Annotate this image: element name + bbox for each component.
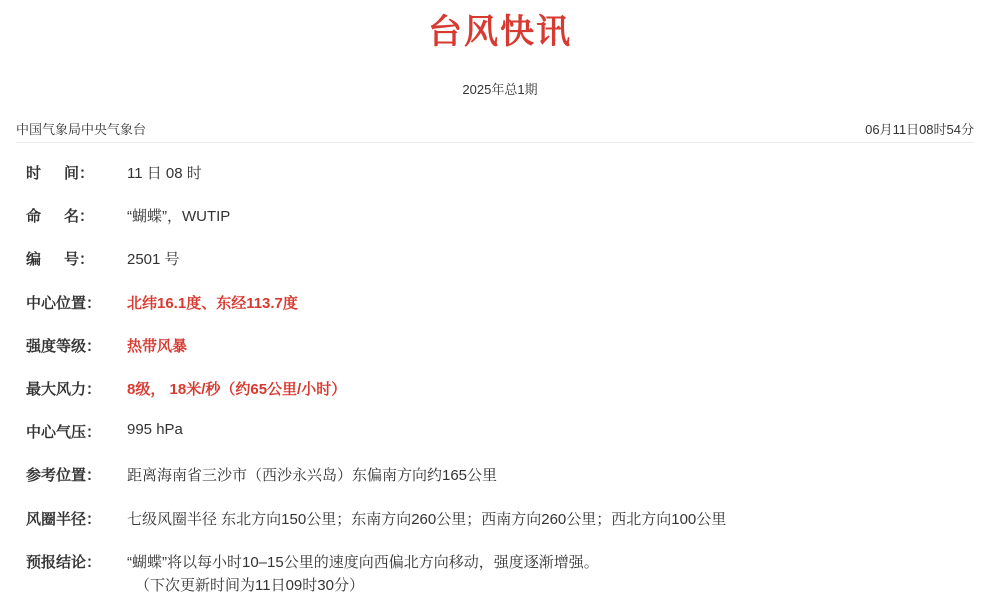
field-time: 时间： 11 日 08 时 [26,160,976,203]
field-reference-position: 参考位置： 距离海南省三沙市（西沙永兴岛）东偏南方向约165公里 [26,462,976,505]
page-title: 台风快讯 [0,4,1000,53]
field-label: 编号： [26,248,126,269]
field-label: 参考位置： [26,464,126,485]
forecast-text: “蝴蝶”将以每小时10–15公里的速度向西偏北方向移动，强度逐渐增强。 [127,554,599,571]
divider [16,142,974,143]
field-center-pressure: 中心气压： 995 hPa [26,419,976,462]
meta-row: 中国气象局中央气象台 06月11日08时54分 [16,119,974,141]
field-value: “蝴蝶”将以每小时10–15公里的速度向西偏北方向移动，强度逐渐增强。 （下次更… [127,551,599,595]
field-label: 预报结论： [26,551,126,572]
typhoon-info-list: 时间： 11 日 08 时 命名： “蝴蝶”，WUTIP 编号： 2501 号 … [26,160,976,592]
field-value: 11 日 08 时 [127,162,202,183]
issue-number: 2025年总1期 [0,79,1000,98]
issuing-organization: 中国气象局中央气象台 [16,119,146,138]
next-update-note: （下次更新时间为11日09时30分） [127,574,599,595]
field-value: 热带风暴 [127,335,187,356]
field-intensity: 强度等级： 热带风暴 [26,333,976,376]
field-value: 距离海南省三沙市（西沙永兴岛）东偏南方向约165公里 [127,464,497,485]
field-value: 8级， 18米/秒（约65公里/小时） [127,378,346,399]
field-label: 时间： [26,162,126,183]
field-max-wind: 最大风力： 8级， 18米/秒（约65公里/小时） [26,376,976,419]
field-value: 七级风圈半径 东北方向150公里；东南方向260公里；西南方向260公里；西北方… [127,508,726,529]
field-label: 中心位置： [26,292,126,313]
field-label: 强度等级： [26,335,126,356]
field-value: 2501 号 [127,248,180,269]
field-wind-radius: 风圈半径： 七级风圈半径 东北方向150公里；东南方向260公里；西南方向260… [26,506,976,549]
field-label: 风圈半径： [26,508,126,529]
field-center-position: 中心位置： 北纬16.1度、东经113.7度 [26,290,976,333]
field-label: 命名： [26,205,126,226]
field-value: 995 hPa [127,421,183,438]
field-name: 命名： “蝴蝶”，WUTIP [26,203,976,246]
field-label: 中心气压： [26,421,126,442]
field-number: 编号： 2501 号 [26,246,976,289]
published-time: 06月11日08时54分 [865,119,974,138]
field-label: 最大风力： [26,378,126,399]
field-value: 北纬16.1度、东经113.7度 [127,292,298,313]
field-forecast: 预报结论： “蝴蝶”将以每小时10–15公里的速度向西偏北方向移动，强度逐渐增强… [26,549,976,592]
field-value: “蝴蝶”，WUTIP [127,205,230,226]
